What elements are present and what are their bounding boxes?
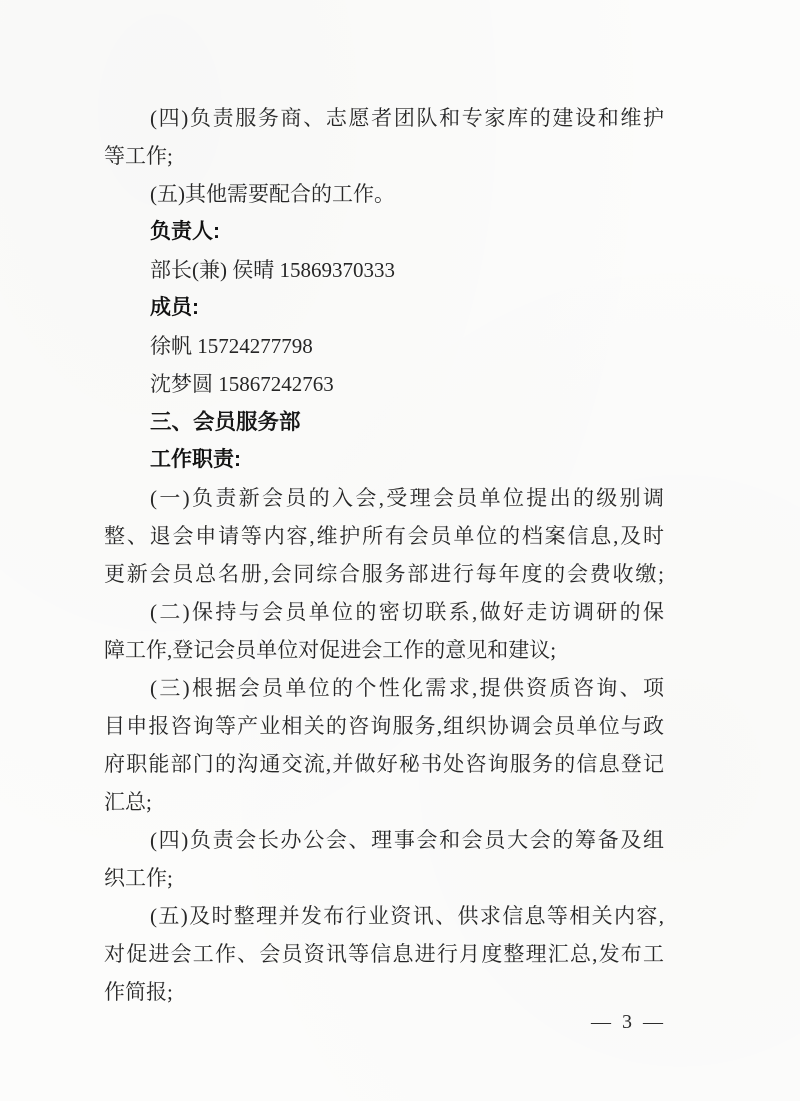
text-line: (四)负责会长办公会、理事会和会员大会的筹备及组: [104, 821, 664, 859]
field-label-line: 成员:: [104, 289, 664, 327]
text-line: 障工作,登记会员单位对促进会工作的意见和建议;: [104, 631, 664, 669]
text-line: 汇总;: [104, 783, 664, 821]
text-line: (五)及时整理并发布行业资讯、供求信息等相关内容,: [104, 897, 664, 935]
text-line: (一)负责新会员的入会,受理会员单位提出的级别调: [104, 479, 664, 517]
document-body: (四)负责服务商、志愿者团队和专家库的建设和维护等工作;(五)其他需要配合的工作…: [104, 99, 664, 1011]
text-line: 作简报;: [104, 973, 664, 1011]
text-line: 部长(兼) 侯晴 15869370333: [104, 251, 664, 289]
text-line: 目申报咨询等产业相关的咨询服务,组织协调会员单位与政: [104, 707, 664, 745]
section-heading: 三、会员服务部: [104, 403, 664, 441]
text-line: (二)保持与会员单位的密切联系,做好走访调研的保: [104, 593, 664, 631]
text-line: 府职能部门的沟通交流,并做好秘书处咨询服务的信息登记: [104, 745, 664, 783]
text-line: 织工作;: [104, 859, 664, 897]
text-line: (三)根据会员单位的个性化需求,提供资质咨询、项: [104, 669, 664, 707]
text-line: 徐帆 15724277798: [104, 327, 664, 365]
text-line: 对促进会工作、会员资讯等信息进行月度整理汇总,发布工: [104, 935, 664, 973]
text-line: 整、退会申请等内容,维护所有会员单位的档案信息,及时: [104, 517, 664, 555]
text-line: (四)负责服务商、志愿者团队和专家库的建设和维护: [104, 99, 664, 137]
page-number: — 3 —: [104, 1011, 666, 1034]
text-line: 更新会员总名册,会同综合服务部进行每年度的会费收缴;: [104, 555, 664, 593]
field-label-line: 负责人:: [104, 213, 664, 251]
text-line: (五)其他需要配合的工作。: [104, 175, 664, 213]
text-line: 等工作;: [104, 137, 664, 175]
text-line: 沈梦圆 15867242763: [104, 365, 664, 403]
field-label-line: 工作职责:: [104, 441, 664, 479]
scanned-document-page: (四)负责服务商、志愿者团队和专家库的建设和维护等工作;(五)其他需要配合的工作…: [0, 0, 800, 1101]
